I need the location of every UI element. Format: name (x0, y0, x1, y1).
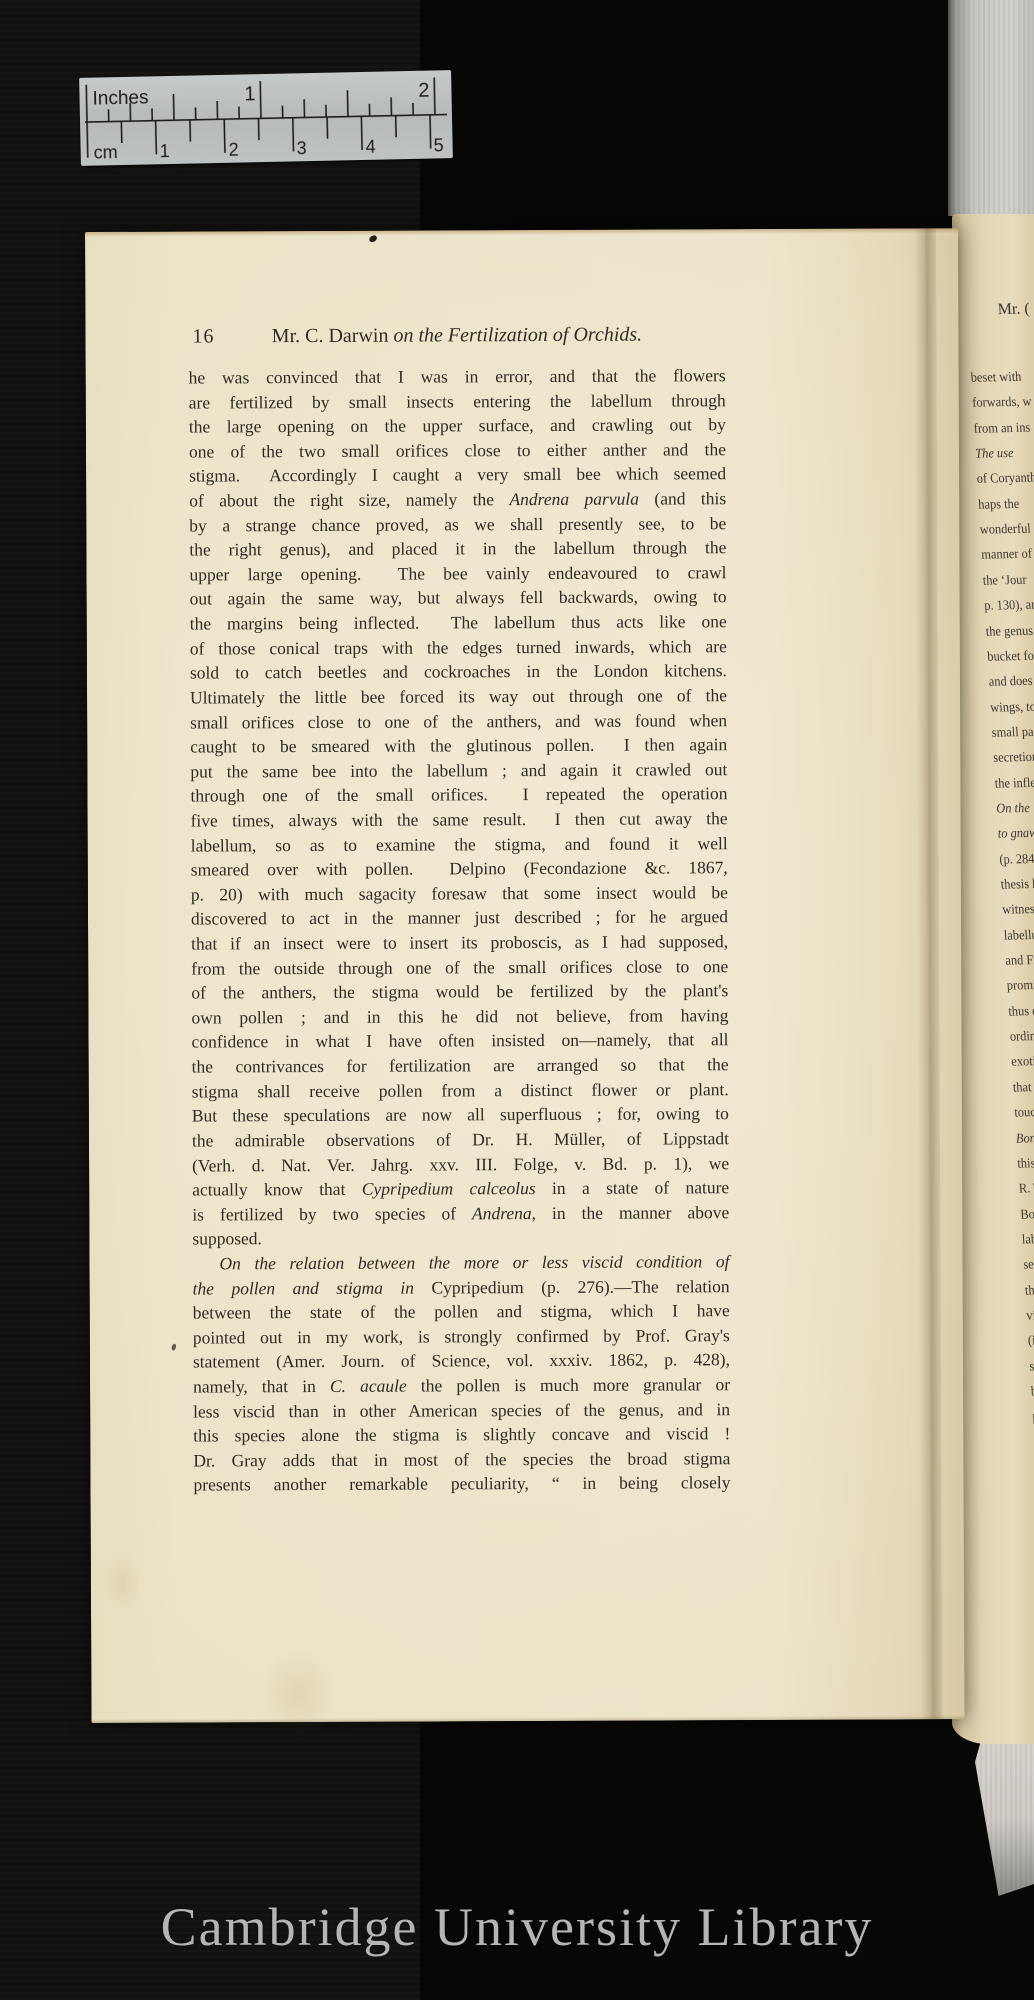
foxing-stain (97, 1542, 149, 1622)
body-line: of those conical traps with the edges tu… (190, 634, 727, 661)
body-line: this species alone the stigma is slightl… (193, 1421, 730, 1448)
body-line: of about the right size, namely the Andr… (189, 486, 726, 513)
body-line: he was convinced that I was in error, an… (189, 363, 726, 390)
body-line: discovered to act in the manner just des… (191, 905, 728, 932)
body-line: (Verh. d. Nat. Ver. Jahrg. xxv. III. Fol… (192, 1151, 729, 1178)
body-line: the admirable observations of Dr. H. Mül… (192, 1126, 729, 1153)
body-line: labellum, so as to examine the stigma, a… (191, 831, 728, 858)
facing-fragment-line: labellum (1003, 926, 1034, 943)
facing-fragment-line: viscid (1026, 1307, 1034, 1324)
facing-fragment-line: this ex (1017, 1155, 1034, 1172)
body-text: he was convinced that I was in error, an… (189, 363, 731, 1497)
facing-fragment-line: The use (975, 445, 1014, 462)
page-edge-stack-top (948, 0, 1034, 216)
body-line: namely, that in C. acaule the pollen is … (193, 1372, 730, 1399)
body-line: between the state of the pollen and stig… (193, 1298, 730, 1325)
body-line: Ultimately the little bee forced its way… (190, 683, 727, 710)
facing-fragment-line: labellu (1021, 1231, 1034, 1248)
body-line: five times, always with the same result.… (191, 806, 728, 833)
page-number: 16 (192, 325, 214, 348)
body-line: the contrivances for fertilization are a… (192, 1052, 729, 1079)
facing-fragment-line: (ibid. (1027, 1332, 1034, 1349)
facing-fragment-line: beset with (970, 369, 1022, 386)
body-line: actually know that Cypripedium calceolus… (192, 1175, 729, 1202)
body-line: less viscid than in other American speci… (193, 1397, 730, 1424)
body-line: own pollen ; and in this he did not beli… (191, 1003, 728, 1030)
foxing-stain (243, 1629, 354, 1759)
body-line: stigma shall receive pollen from a disti… (192, 1077, 729, 1104)
facing-fragment-line: touch th (1014, 1104, 1034, 1121)
facing-fragment-line: (p. 284).— (999, 850, 1034, 867)
body-line: Dr. Gray adds that in most of the specie… (193, 1446, 730, 1473)
body-line: one of the two small orifices close to e… (189, 437, 726, 464)
body-line: from the outside through one of the smal… (191, 954, 728, 981)
facing-fragment-line: thesis ha (1000, 876, 1034, 893)
body-line: upper large opening. The bee vainly ende… (189, 560, 726, 587)
body-line: statement (Amer. Journ. of Science, vol.… (193, 1348, 730, 1375)
facing-page-sliver: Mr. ( beset withforwards, wfrom an insTh… (952, 214, 1034, 1744)
ruler-inch-1: 1 (244, 83, 256, 105)
facing-fragment-line: On the (996, 800, 1030, 817)
ruler-cm-3: 3 (296, 138, 306, 158)
facing-fragment-line: exotic (1011, 1053, 1034, 1070)
facing-fragment-line: that ins (1012, 1079, 1034, 1096)
body-line: that if an insect were to insert its pro… (191, 929, 728, 956)
facing-running-header-fragment: Mr. ( (997, 300, 1030, 319)
body-line: pointed out in my work, is strongly conf… (193, 1323, 730, 1350)
body-line: p. 20) with much sagacity foresaw that s… (191, 880, 728, 907)
body-line: the margins being inflected. The labellu… (190, 609, 727, 636)
facing-fragment-line: specie (1029, 1358, 1034, 1375)
body-line: small orifices close to one of the anthe… (190, 708, 727, 735)
facing-fragment-line: forwards, w (972, 394, 1032, 411)
facing-fragment-line: small pas (991, 724, 1034, 741)
facing-fragment-line: Bot. 18 (1020, 1205, 1034, 1222)
facing-fragment-line: wonderful (979, 521, 1031, 538)
facing-fragment-line: R. Tri (1018, 1180, 1034, 1197)
body-line: the large opening on the upper surface, … (189, 412, 726, 439)
ruler-inch-2: 2 (418, 80, 430, 102)
library-watermark: Cambridge University Library (0, 1896, 1034, 1958)
ruler-cm-1: 1 (159, 141, 169, 161)
ruler-inches-label: Inches (92, 87, 148, 109)
ruler-cm-5: 5 (433, 135, 443, 155)
facing-fragment-line: Bona (1015, 1130, 1034, 1147)
photographic-scale-ruler: Inches 1 2 cm 1 2 3 4 5 (79, 70, 453, 166)
facing-fragment-line: the inflec (994, 774, 1034, 791)
body-line: But these speculations are now all super… (192, 1101, 729, 1128)
body-line: presents another remarkable peculiarity,… (193, 1471, 730, 1498)
ruler-cm-label: cm (93, 142, 117, 162)
facing-fragment-line: thus ena (1008, 1003, 1034, 1020)
body-line: sold to catch beetles and cockroaches in… (190, 659, 727, 686)
facing-fragment-line: the genus (985, 622, 1033, 639)
facing-fragment-line: p. 130), an (984, 597, 1034, 614)
facing-fragment-line: of Coryanth (976, 470, 1034, 487)
body-line: the right genus), and placed it in the l… (189, 535, 726, 562)
body-line: are fertilized by small insects entering… (189, 388, 726, 415)
running-header-title: Mr. C. Darwin on the Fertilization of Or… (188, 323, 725, 348)
facing-fragment-line: to gnaw (997, 825, 1034, 842)
ink-speck (171, 1343, 177, 1351)
body-line: is fertilized by two species of Andrena,… (192, 1200, 729, 1227)
facing-fragment-line: butter (1030, 1383, 1034, 1400)
facing-fragment-line: from an ins (973, 419, 1030, 436)
facing-fragment-line: ordinary (1009, 1028, 1034, 1045)
page-crease-shadow (914, 228, 943, 1719)
body-line: of the anthers, the stigma would be fert… (191, 978, 728, 1005)
facing-fragment-line: bucket for (987, 647, 1034, 664)
facing-fragment-line: and Fri (1005, 952, 1034, 969)
body-line: through one of the small orifices. I rep… (190, 782, 727, 809)
body-line: supposed. (192, 1225, 729, 1252)
facing-fragment-line: promine (1006, 977, 1034, 994)
body-line: the pollen and stigma in Cypripedium (p.… (193, 1274, 730, 1301)
facing-fragment-line: manner of (981, 546, 1033, 563)
facing-page-fragments: Mr. ( beset withforwards, wfrom an insTh… (952, 214, 1034, 1744)
facing-fragment-line: haps the (978, 496, 1020, 513)
body-line: by a strange chance proved, as we shall … (189, 511, 726, 538)
ruler-cm-2: 2 (228, 140, 238, 160)
ink-speck (368, 235, 378, 243)
facing-fragment-line: sect is (1023, 1256, 1034, 1273)
body-line: caught to be smeared with the glutinous … (190, 732, 727, 759)
facing-fragment-line: secretion (993, 749, 1034, 766)
facing-fragment-line: and does (988, 673, 1033, 690)
body-line: put the same bee into the labellum ; and… (190, 757, 727, 784)
body-line: smeared over with pollen. Delpino (Fecon… (191, 855, 728, 882)
ruler-graphic: Inches 1 2 cm 1 2 3 4 5 (79, 70, 453, 166)
body-line: out again the same way, but always fell … (190, 585, 727, 612)
running-header: 16 Mr. C. Darwin on the Fertilization of… (188, 323, 725, 351)
facing-fragment-line: witnesse (1002, 901, 1034, 918)
body-line: stigma. Accordingly I caught a very smal… (189, 462, 726, 489)
body-line: confidence in what I have often insisted… (191, 1028, 728, 1055)
book-page: 16 Mr. C. Darwin on the Fertilization of… (85, 228, 964, 1723)
facing-fragment-line: thus to (1024, 1281, 1034, 1298)
facing-fragment-line: the ‘Jour (982, 572, 1027, 589)
facing-fragment-line: wings, to (990, 698, 1034, 715)
ruler-cm-4: 4 (365, 137, 375, 157)
body-line: On the relation between the more or less… (192, 1249, 729, 1276)
